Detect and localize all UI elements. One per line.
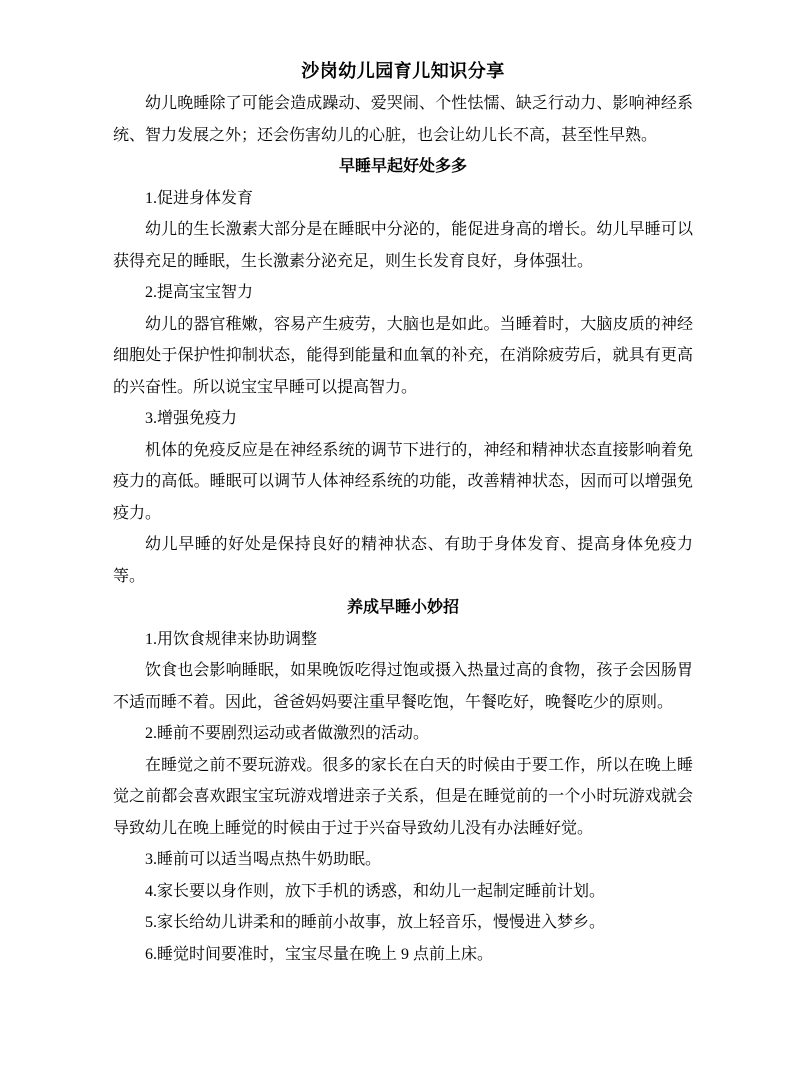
benefits-summary-paragraph: 幼儿早睡的好处是保持良好的精神状态、有助于身体发育、提高身体免疫力等。: [113, 529, 693, 592]
tip-3-item: 3.睡前可以适当喝点热牛奶助眠。: [113, 844, 693, 876]
benefit-2-title: 2.提高宝宝智力: [113, 277, 693, 309]
document-page: 沙岗幼儿园育儿知识分享 幼儿晚睡除了可能会造成躁动、爱哭闹、个性怯懦、缺乏行动力…: [0, 0, 794, 1080]
section-heading-benefits: 早睡早起好处多多: [113, 151, 693, 183]
intro-paragraph: 幼儿晚睡除了可能会造成躁动、爱哭闹、个性怯懦、缺乏行动力、影响神经系统、智力发展…: [113, 88, 693, 151]
tip-2-title: 2.睡前不要剧烈运动或者做激烈的活动。: [113, 718, 693, 750]
section-heading-tips: 养成早睡小妙招: [113, 592, 693, 624]
tip-5-item: 5.家长给幼儿讲柔和的睡前小故事，放上轻音乐，慢慢进入梦乡。: [113, 907, 693, 939]
tip-4-item: 4.家长要以身作则，放下手机的诱惑，和幼儿一起制定睡前计划。: [113, 876, 693, 908]
tip-1-title: 1.用饮食规律来协助调整: [113, 624, 693, 656]
benefit-3-title: 3.增强免疫力: [113, 403, 693, 435]
tip-1-paragraph: 饮食也会影响睡眠，如果晚饭吃得过饱或摄入热量过高的食物，孩子会因肠胃不适而睡不着…: [113, 655, 693, 718]
tip-2-paragraph: 在睡觉之前不要玩游戏。很多的家长在白天的时候由于要工作，所以在晚上睡觉之前都会喜…: [113, 750, 693, 845]
document-title: 沙岗幼儿园育儿知识分享: [113, 55, 693, 88]
tip-6-item: 6.睡觉时间要准时，宝宝尽量在晚上 9 点前上床。: [113, 939, 693, 971]
benefit-1-title: 1.促进身体发育: [113, 183, 693, 215]
benefit-2-paragraph: 幼儿的器官稚嫩，容易产生疲劳，大脑也是如此。当睡着时，大脑皮质的神经细胞处于保护…: [113, 309, 693, 404]
benefit-3-paragraph: 机体的免疫反应是在神经系统的调节下进行的，神经和精神状态直接影响着免疫力的高低。…: [113, 435, 693, 530]
benefit-1-paragraph: 幼儿的生长激素大部分是在睡眠中分泌的，能促进身高的增长。幼儿早睡可以获得充足的睡…: [113, 214, 693, 277]
